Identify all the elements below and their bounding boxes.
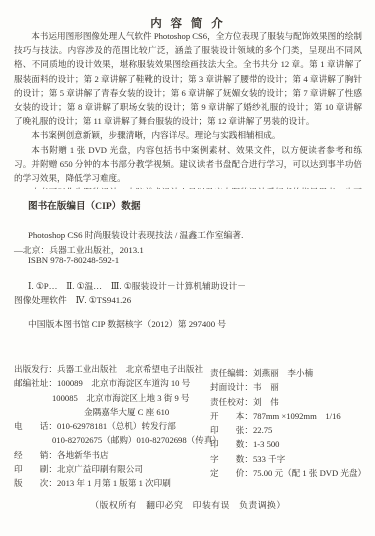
colophon-right-column: 责任编辑：刘燕丽 李小楠 封面设计：韦 丽 责任校对：刘 伟 开 本：787mm… <box>210 366 367 491</box>
colophon-row-address-3: 金隅嘉华大厦 C 座 610 <box>14 405 210 419</box>
intro-paragraph: 本书附赠 1 张 DVD 光盘，内容包括书中案例素材、效果文件，以方便读者参考和… <box>14 143 362 186</box>
colophon-value: 100089 北京市海淀区车道沟 10 号 <box>57 378 190 388</box>
colophon-value: 100085 北京市海淀区上地 3 街 9 号 <box>52 393 190 403</box>
colophon-row-distribution: 经 销：各地新华书店 <box>14 448 210 462</box>
colophon-value: 22.75 <box>253 425 272 435</box>
colophon: 出版发行：兵器工业出版社 北京希望电子出版社 邮编社址：100089 北京市海淀… <box>14 362 367 491</box>
colophon-value: 兵器工业出版社 北京希望电子出版社 <box>57 364 203 374</box>
intro-paragraph: 本书案例创意新颖，步骤清晰，内容详尽。理论与实践相辅相成。 <box>14 128 362 142</box>
colophon-label: 电 话： <box>14 419 57 433</box>
colophon-value: 2013 年 1 月第 1 版第 1 次印刷 <box>57 478 171 488</box>
colophon-row-printer: 印 刷：北京广益印刷有限公司 <box>14 462 210 476</box>
intro-paragraphs: 本书运用图形图像处理人气软件 Photoshop CS6，全方位表现了服装与配饰… <box>14 29 362 189</box>
colophon-value: 刘 伟 <box>253 397 279 407</box>
colophon-label: 开 本： <box>210 409 253 423</box>
colophon-value: 010-82702675（邮购）010-82702698（传真） <box>52 435 221 445</box>
colophon-value: 010-62978181（总机）转发行部 <box>57 421 176 431</box>
colophon-label: 经 销： <box>14 448 57 462</box>
cip-title-line: Photoshop CS6 时尚服装设计表现技法 / 温鑫工作室编著. <box>28 228 243 241</box>
colophon-row-publisher: 出版发行：兵器工业出版社 北京希望电子出版社 <box>14 362 210 376</box>
colophon-value: 1-3 500 <box>253 439 280 449</box>
colophon-row-address: 邮编社址：100089 北京市海淀区车道沟 10 号 <box>14 376 210 390</box>
cip-heading: 图书在版编目（CIP）数据 <box>28 198 362 212</box>
colophon-row-edition: 版 次：2013 年 1 月第 1 版第 1 次印刷 <box>14 476 210 490</box>
cip-record-line: 中国版本图书馆 CIP 数据核字（2012）第 297400 号 <box>28 317 226 330</box>
colophon-label: 字 数： <box>210 452 253 466</box>
colophon-value: 533 千字 <box>253 454 285 464</box>
colophon-value: 金隅嘉华大厦 C 座 610 <box>84 407 169 417</box>
cip-classification-line-2: 图像处理软件 Ⅳ. ①TS941.26 <box>14 293 131 306</box>
colophon-label: 责任校对： <box>210 395 253 409</box>
colophon-row-proofreader: 责任校对：刘 伟 <box>210 395 367 409</box>
colophon-row-editor: 责任编辑：刘燕丽 李小楠 <box>210 366 367 380</box>
colophon-row-phone: 电 话：010-62978181（总机）转发行部 <box>14 419 210 433</box>
colophon-row-phone-2: 010-82702675（邮购）010-82702698（传真） <box>14 433 210 447</box>
colophon-row-word-count: 字 数：533 千字 <box>210 452 367 466</box>
colophon-row-address-2: 100085 北京市海淀区上地 3 街 9 号 <box>14 391 210 405</box>
colophon-row-print-run: 印 数：1-3 500 <box>210 437 367 451</box>
colophon-value: 刘燕丽 李小楠 <box>253 368 313 378</box>
cip-isbn-line: ISBN 978-7-80248-592-1 <box>28 255 119 265</box>
colophon-row-cover-design: 封面设计：韦 丽 <box>210 380 367 394</box>
copyright-page: 内 容 简 介 本书运用图形图像处理人气软件 Photoshop CS6，全方位… <box>0 0 375 536</box>
colophon-value: 韦 丽 <box>253 382 279 392</box>
colophon-label: 印 刷： <box>14 462 57 476</box>
colophon-label: 定 价： <box>210 466 253 480</box>
copyright-notice: （版权所有 翻印必究 印装有误 负责调换） <box>14 498 362 511</box>
cip-classification-line-1: Ⅰ. ①P… Ⅱ. ①温… Ⅲ. ①服装设计－计算机辅助设计－ <box>28 279 246 292</box>
colophon-label: 版 次： <box>14 476 57 490</box>
colophon-row-price: 定 价：75.00 元（配 1 张 DVD 光盘） <box>210 466 367 480</box>
colophon-left-column: 出版发行：兵器工业出版社 北京希望电子出版社 邮编社址：100089 北京市海淀… <box>14 362 210 491</box>
colophon-row-format: 开 本：787mm ×1092mm 1/16 <box>210 409 367 423</box>
colophon-label: 印 张： <box>210 423 253 437</box>
intro-paragraph: 本书运用图形图像处理人气软件 Photoshop CS6，全方位表现了服装与配饰… <box>14 29 362 128</box>
colophon-label: 印 数： <box>210 437 253 451</box>
intro-paragraph: 本书可以作为服装设计、电脑美术设计人员以及广大服装设计爱好者的指导用书，也可作为… <box>14 185 362 189</box>
colophon-label: 邮编社址： <box>14 376 57 390</box>
colophon-value: 75.00 元（配 1 张 DVD 光盘） <box>253 468 366 478</box>
colophon-label: 责任编辑： <box>210 366 253 380</box>
colophon-value: 北京广益印刷有限公司 <box>57 464 143 474</box>
colophon-row-sheets: 印 张：22.75 <box>210 423 367 437</box>
colophon-label: 封面设计： <box>210 380 253 394</box>
colophon-value: 各地新华书店 <box>57 450 109 460</box>
colophon-label: 出版发行： <box>14 362 57 376</box>
colophon-value: 787mm ×1092mm 1/16 <box>253 411 341 421</box>
